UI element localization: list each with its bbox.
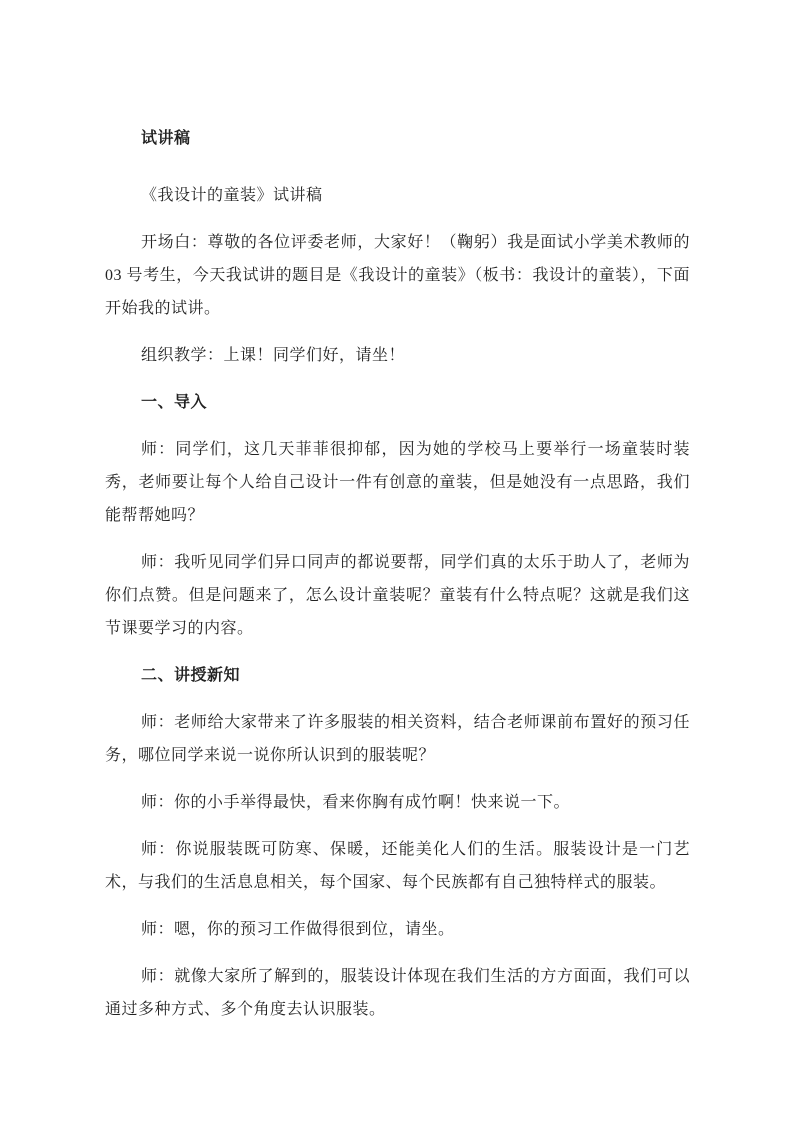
paragraph: 师：同学们，这几天菲菲很抑郁，因为她的学校马上要举行一场童装时装秀，老师要让每个… [105,433,690,532]
paragraph-opening: 开场白：尊敬的各位评委老师，大家好！（鞠躬）我是面试小学美术教师的 03 号考生… [105,226,690,325]
paragraph-class-start: 组织教学：上课！同学们好，请坐！ [105,339,690,372]
section-heading-new-knowledge: 二、讲授新知 [105,659,690,692]
paragraph: 师：嗯，你的预习工作做得很到位，请坐。 [105,913,690,946]
paragraph: 师：你的小手举得最快，看来你胸有成竹啊！快来说一下。 [105,786,690,819]
doc-title: 试讲稿 [105,122,690,155]
paragraph: 师：你说服装既可防寒、保暖，还能美化人们的生活。服装设计是一门艺术，与我们的生活… [105,833,690,899]
document-page: 试讲稿 《我设计的童装》试讲稿 开场白：尊敬的各位评委老师，大家好！（鞠躬）我是… [0,0,793,1122]
paragraph: 师：老师给大家带来了许多服装的相关资料，结合老师课前布置好的预习任务，哪位同学来… [105,706,690,772]
paragraph: 师：我听见同学们异口同声的都说要帮，同学们真的太乐于助人了，老师为你们点赞。但是… [105,546,690,645]
section-heading-intro: 一、导入 [105,386,690,419]
paragraph: 师：就像大家所了解到的，服装设计体现在我们生活的方方面面，我们可以通过多种方式、… [105,960,690,1026]
doc-subtitle: 《我设计的童装》试讲稿 [105,179,690,212]
